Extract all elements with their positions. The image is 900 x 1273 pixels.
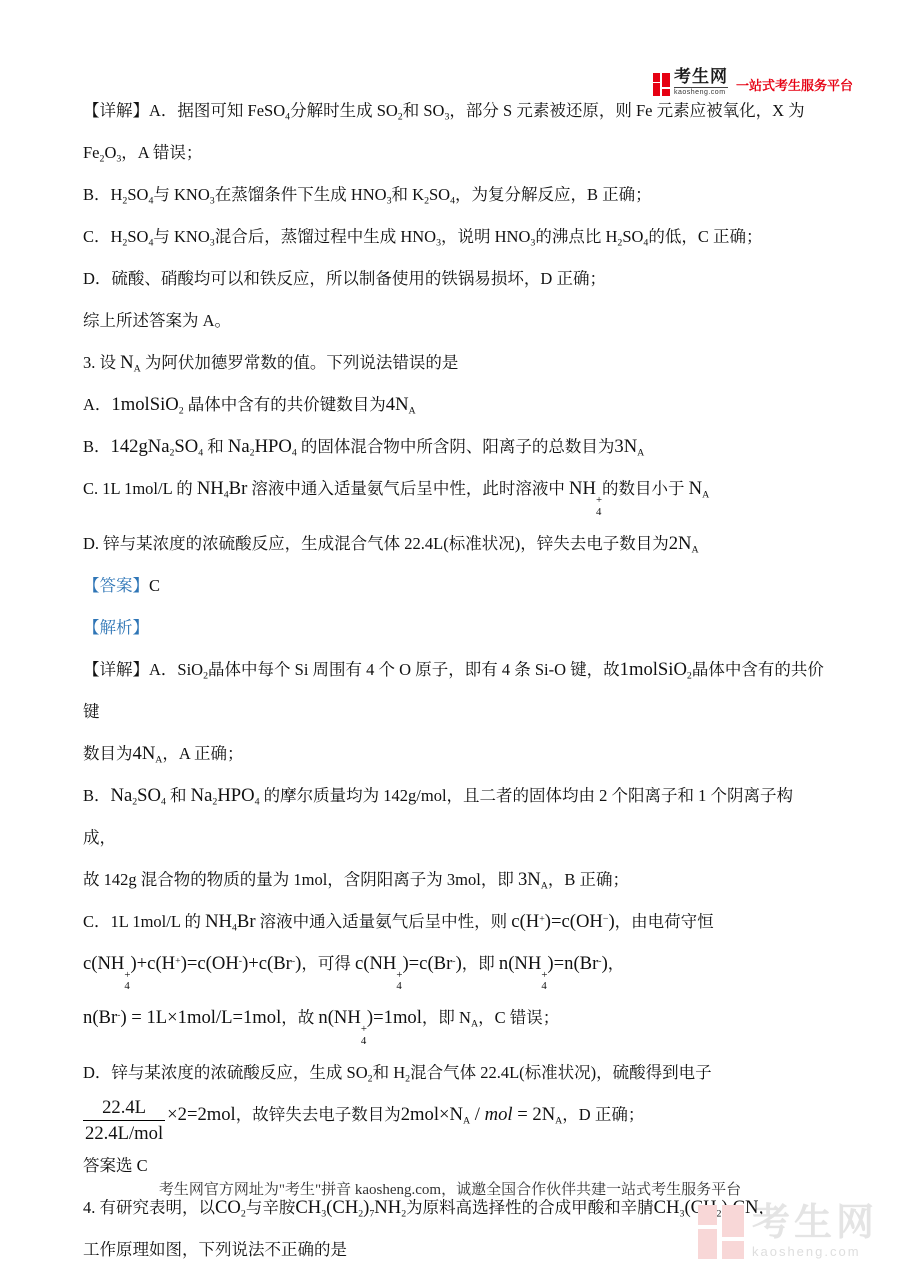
watermark-domain: kaosheng.com	[752, 1245, 878, 1258]
kaosheng-watermark-icon	[698, 1203, 744, 1259]
detail-q3-option-d-line1: D．锌与某浓度的浓硫酸反应，生成 SO2和 H2混合气体 22.4L(标准状况)…	[83, 1052, 825, 1094]
detail-q3-option-a-line1: 【详解】A．SiO2晶体中每个 Si 周围有 4 个 O 原子，即有 4 条 S…	[83, 649, 825, 733]
detail-q2-conclusion: 综上所述答案为 A。	[83, 300, 825, 342]
detail-q2-option-a-line2: Fe2O3，A 错误；	[83, 132, 825, 174]
page: 考生网 kaosheng.com 一站式考生服务平台 【详解】A．据图可知 Fe…	[0, 0, 900, 1273]
page-footer: 考生网官方网址为"考生"拼音 kaosheng.com，诚邀全国合作伙伴共建一站…	[0, 1181, 900, 1199]
fraction: 22.4L22.4L/mol	[83, 1096, 165, 1146]
watermark-title: 考生网	[752, 1204, 878, 1242]
detail-q2-option-c: C．H2SO4与 KNO3混合后，蒸馏过程中生成 HNO3，说明 HNO3的沸点…	[83, 216, 825, 258]
detail-q3-option-c-line3: n(Br-) = 1L×1mol/L=1mol，故 n(NH+4)=1mol，即…	[83, 997, 825, 1052]
question-3-stem: 3. 设 NA 为阿伏加德罗常数的值。下列说法错误的是	[83, 342, 825, 384]
question-3-option-a: A．1molSiO2 晶体中含有的共价键数目为4NA	[83, 384, 825, 426]
watermark: 考生网 kaosheng.com	[698, 1203, 878, 1259]
detail-q3-option-c-line2: c(NH+4)+c(H+)=c(OH-)+c(Br-)，可得 c(NH+4)=c…	[83, 943, 825, 998]
document-body: 【详解】A．据图可知 FeSO4分解时生成 SO2和 SO3，部分 S 元素被还…	[83, 90, 825, 1271]
answer-line: 【答案】C	[83, 565, 825, 607]
logo-title: 考生网	[674, 68, 728, 85]
detail-q2-option-b: B．H2SO4与 KNO3在蒸馏条件下生成 HNO3和 K2SO4，为复分解反应…	[83, 174, 825, 216]
analysis-label: 【解析】	[83, 607, 825, 649]
detail-q3-option-b-line1: B．Na2SO4 和 Na2HPO4 的摩尔质量均为 142g/mol，且二者的…	[83, 775, 825, 859]
detail-q3-option-d-line2: 22.4L22.4L/mol×2=2mol，故锌失去电子数目为2mol×NA /…	[83, 1094, 825, 1146]
detail-q3-option-a-line2: 数目为4NA，A 正确；	[83, 733, 825, 775]
question-3-option-c: C. 1L 1mol/L 的 NH4Br 溶液中通入适量氨气后呈中性，此时溶液中…	[83, 468, 825, 523]
question-3-option-d: D. 锌与某浓度的浓硫酸反应，生成混合气体 22.4L(标准状况)，锌失去电子数…	[83, 523, 825, 565]
question-3-option-b: B．142gNa2SO4 和 Na2HPO4 的固体混合物中所含阴、阳离子的总数…	[83, 426, 825, 468]
detail-q3-option-c-line1: C．1L 1mol/L 的 NH4Br 溶液中通入适量氨气后呈中性，则 c(H+…	[83, 901, 825, 943]
footer-text: 考生网官方网址为"考生"拼音 kaosheng.com，诚邀全国合作伙伴共建一站…	[159, 1182, 741, 1198]
detail-q3-option-b-line2: 故 142g 混合物的物质的量为 1mol，含阴阳离子为 3mol，即 3NA，…	[83, 859, 825, 901]
detail-q2-option-a-line1: 【详解】A．据图可知 FeSO4分解时生成 SO2和 SO3，部分 S 元素被还…	[83, 90, 825, 132]
detail-q2-option-d: D．硫酸、硝酸均可以和铁反应，所以制备使用的铁锅易损坏，D 正确；	[83, 258, 825, 300]
watermark-text-block: 考生网 kaosheng.com	[752, 1204, 878, 1258]
